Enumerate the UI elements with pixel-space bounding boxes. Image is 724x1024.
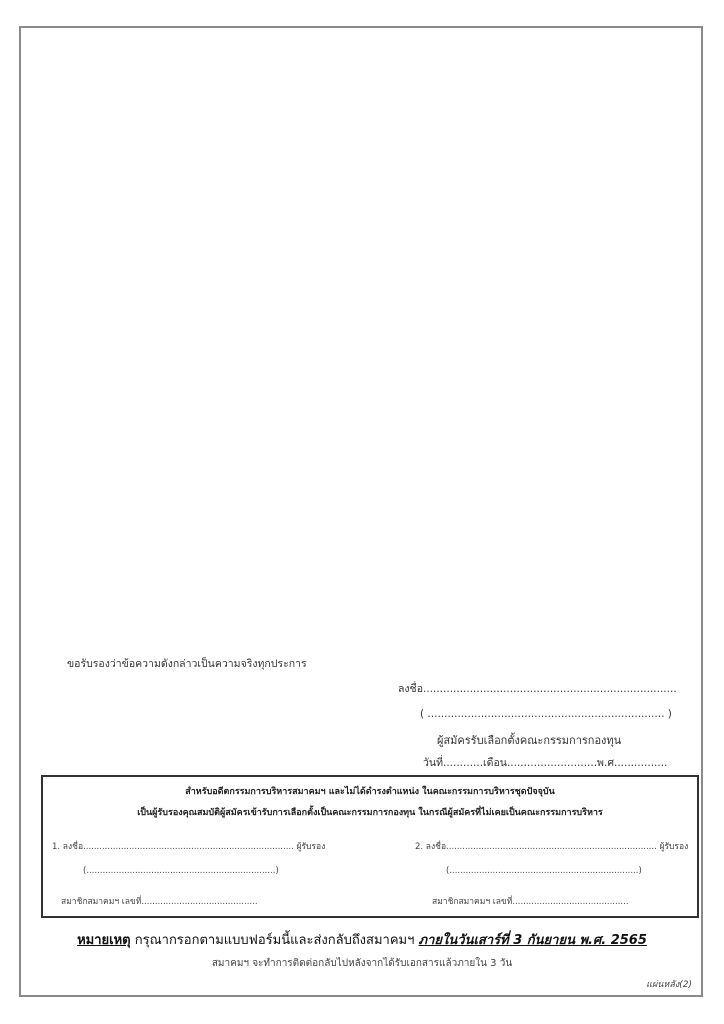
certification-statement: ขอรับรองว่าข้อความดังกล่าวเป็นความจริงทุ…: [67, 655, 307, 672]
endorser-1-member-number-field[interactable]: สมาชิกสมาคมฯ เลขที่.....................…: [61, 894, 258, 908]
note-deadline: ภายในวันเสาร์ที่ 3 กันยายน พ.ศ. 2565: [419, 933, 647, 948]
endorser-1-signature-field[interactable]: 1. ลงชื่อ...............................…: [52, 839, 325, 853]
applicant-date-field[interactable]: วันที่............เดือน.................…: [423, 754, 667, 771]
endorser-1-name-field[interactable]: (.......................................…: [83, 866, 279, 876]
note-text: กรุณากรอกตามแบบฟอร์มนี้และส่งกลับถึงสมาค…: [131, 933, 419, 948]
endorsement-box: สำหรับอดีตกรรมการบริหารสมาคมฯ และไม่ได้ด…: [41, 775, 699, 918]
contact-text: สมาคมฯ จะทำการติดต่อกลับไปหลังจากได้รับเ…: [0, 956, 724, 971]
note-label: หมายเหตุ: [77, 933, 131, 948]
note: หมายเหตุ กรุณากรอกตามแบบฟอร์มนี้และส่งกล…: [0, 929, 724, 950]
page-label: แผ่นหลัง(2): [646, 977, 692, 991]
endorser-2-member-number-field[interactable]: สมาชิกสมาคมฯ เลขที่.....................…: [432, 894, 629, 908]
endorsement-heading-1: สำหรับอดีตกรรมการบริหารสมาคมฯ และไม่ได้ด…: [43, 784, 697, 798]
endorser-2-name-field[interactable]: (.......................................…: [446, 866, 642, 876]
endorsement-heading-2: เป็นผู้รับรองคุณสมบัติผู้สมัครเข้ารับการ…: [43, 805, 697, 819]
applicant-role-label: ผู้สมัครรับเลือกตั้งคณะกรรมการกองทุน: [437, 731, 621, 749]
applicant-signature-field[interactable]: ลงชื่อ..................................…: [398, 680, 677, 697]
endorser-2-signature-field[interactable]: 2. ลงชื่อ...............................…: [415, 839, 688, 853]
applicant-name-field[interactable]: ( ......................................…: [420, 708, 672, 720]
